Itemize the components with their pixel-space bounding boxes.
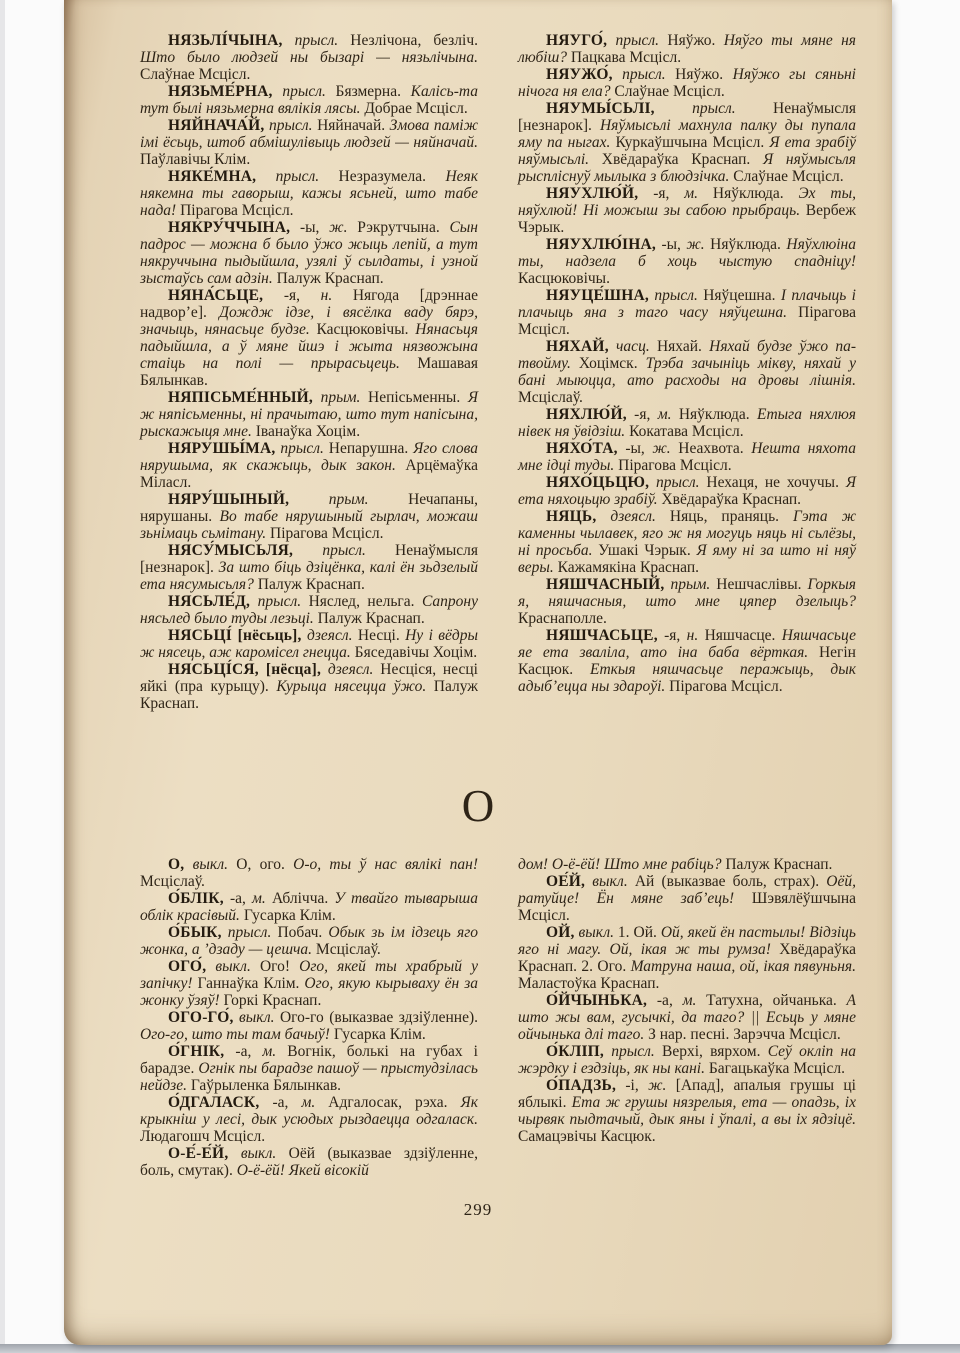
definition-or-source: -а,	[259, 1094, 288, 1111]
dictionary-entry: НЯСЬЦІ́ [нёсьць], дзеясл. Несці. Ну і вё…	[140, 627, 478, 661]
definition-or-source: Хвёдараўка Краснап.	[589, 151, 750, 168]
example-or-label-italic: прысл.	[256, 168, 319, 185]
dictionary-entry: О́БЛІК, -а, м. Аблічча. У твайго тыварыш…	[140, 890, 478, 924]
definition-or-source: З нар. песні. Зарэчча Мсцісл.	[644, 1026, 841, 1043]
headword: О́ЙЧЫНЬКА,	[546, 992, 647, 1009]
definition-or-source: Краснаполле.	[518, 610, 607, 627]
definition-or-source: Палуж Краснап.	[273, 270, 384, 287]
dictionary-entry: О-Е́-Е́Й, выкл. Оёй (выказвае здзіўленне…	[140, 1145, 478, 1179]
example-or-label-italic: прысл.	[250, 593, 301, 610]
definition-or-source: Нешчаслівы.	[710, 576, 801, 593]
definition-or-source: Няхай.	[650, 338, 702, 355]
example-or-label-italic: Курыца нясецца ўжо.	[269, 678, 426, 695]
dictionary-entry: НЯУЖО́, прысл. Няўжо. Няўжо гы сяньні ні…	[518, 66, 856, 100]
definition-or-source: Няўклюда.	[698, 185, 784, 202]
headword: НЯЦЬ,	[546, 508, 596, 525]
definition-or-source: Нехаця, не хочучы.	[700, 474, 839, 491]
headword: НЯЙНАЧА́Й,	[168, 117, 265, 134]
example-or-label-italic: прысл.	[655, 100, 736, 117]
headword: НЯУЖО́,	[546, 66, 613, 83]
example-or-label-italic: прысл.	[604, 1043, 655, 1060]
example-or-label-italic: выкл.	[575, 924, 614, 941]
dictionary-entry: НЯУГО́, прысл. Няўжо. Няўго ты мяне ня л…	[518, 32, 856, 66]
dictionary-entry: НЯСЬЛЕ́Д, прысл. Няслед, нельга. Сапрону…	[140, 593, 478, 627]
dictionary-entry: НЯЗЬМЕ́РНА, прысл. Бязмерна. Калісь-та т…	[140, 83, 478, 117]
dictionary-entry: НЯШЧАСНЫЙ, прым. Нешчаслівы. Горкыя я, н…	[518, 576, 856, 627]
dictionary-entry: ОЕ́Й, выкл. Ай (выказвае боль, страх). О…	[518, 873, 856, 924]
dictionary-entry: НЯХО́ЦЬЦЮ, прысл. Нехаця, не хочучы. Я е…	[518, 474, 856, 508]
headword: НЯХО́ТА,	[546, 440, 618, 457]
example-or-label-italic: часц.	[609, 338, 650, 355]
definition-or-source: Татухна, ойчанька.	[696, 992, 836, 1009]
headword: О́ПАДЗЬ,	[546, 1077, 616, 1094]
definition-or-source: Хоцімск.	[571, 355, 638, 372]
headword: НЯУЦЕ́ШНА,	[546, 287, 649, 304]
example-or-label-italic: м.	[669, 185, 698, 202]
definition-or-source: -ы,	[290, 219, 319, 236]
definition-or-source: Іванаўка Хоцім.	[252, 423, 360, 440]
dictionary-column-bottom-right: дом! О-ё-ёй! Што мне рабіць? Палуж Красн…	[518, 856, 856, 1145]
dictionary-entry: НЯНА́СЬЦЕ, -я, н. Нягода [дрэннае надвор…	[140, 287, 478, 389]
example-or-label-italic: прысл.	[649, 474, 699, 491]
definition-or-source: Несці.	[352, 627, 399, 644]
example-or-label-italic: Ета ж грушы нязрелыя, ета — опадзь, іх ч…	[518, 1094, 856, 1128]
example-or-label-italic: Матруна наша, ой, ікая пявуньня.	[626, 958, 856, 975]
definition-or-source: Касцюковічы.	[518, 270, 610, 287]
headword: НЯХЛЮ́Й,	[546, 406, 627, 423]
dictionary-entry: О́ПАДЗЬ, -і, ж. [Апад], апалыя грушы ці …	[518, 1077, 856, 1145]
headword: НЯСЬЦІ́ [нёсьць],	[168, 627, 302, 644]
definition-or-source: Няць, праняць.	[656, 508, 779, 525]
example-or-label-italic: м.	[673, 992, 697, 1009]
dictionary-entry: НЯУЦЕ́ШНА, прысл. Няўцешна. І плачыць і …	[518, 287, 856, 338]
headword: НЯШЧАСЬЦЕ,	[546, 627, 658, 644]
definition-or-source: Палуж Краснап.	[314, 610, 425, 627]
definition-or-source: Незлічона, безліч.	[338, 32, 478, 49]
headword: О́ГНІК,	[168, 1043, 224, 1060]
definition-or-source: Ай (выказвае боль, страх).	[628, 873, 819, 890]
dictionary-entry: НЯКЕ́МНА, прысл. Незразумела. Неяк някем…	[140, 168, 478, 219]
example-or-label-italic: выкл.	[206, 958, 251, 975]
definition-or-source: Неахвота.	[671, 440, 744, 457]
definition-or-source: Самацэвічы Касцюк.	[518, 1128, 656, 1145]
definition-or-source: -і,	[616, 1077, 639, 1094]
definition-or-source: -ы,	[618, 440, 645, 457]
definition-or-source: Ого!	[251, 958, 290, 975]
example-or-label-italic: прысл.	[273, 83, 326, 100]
example-or-label-italic: прысл.	[222, 924, 272, 941]
definition-or-source: Паўлавічы Клім.	[140, 151, 250, 168]
example-or-label-italic: ж.	[645, 440, 671, 457]
headword: НЯЗЬМЕ́РНА,	[168, 83, 273, 100]
headword: НЯКЕ́МНА,	[168, 168, 256, 185]
example-or-label-italic: выкл.	[228, 1145, 276, 1162]
headword: НЯСЬЛЕ́Д,	[168, 593, 250, 610]
dictionary-entry: НЯРУ́ШЫНЫЙ, прым. Нечапаны, нярушаны. Во…	[140, 491, 478, 542]
definition-or-source: Няйначай.	[313, 117, 386, 134]
example-or-label-italic: О-ё-ёй! Якей вісокій	[233, 1162, 369, 1179]
example-or-label-italic: прым.	[289, 491, 368, 508]
definition-or-source: Кокатава Мсцісл.	[625, 423, 743, 440]
example-or-label-italic: прым.	[313, 389, 360, 406]
section-letter-heading: О	[64, 783, 892, 829]
definition-or-source: -а,	[224, 1043, 251, 1060]
example-or-label-italic: н.	[300, 287, 332, 304]
definition-or-source: -я,	[263, 287, 300, 304]
definition-or-source: Пірагова Мсцісл.	[614, 457, 731, 474]
example-or-label-italic: н.	[680, 627, 698, 644]
headword: О́ДГАЛАСК,	[168, 1094, 259, 1111]
headword: НЯПІСЬМЕ́ННЫЙ,	[168, 389, 313, 406]
example-or-label-italic: Ого-го, што ты там бачыў!	[140, 1026, 330, 1043]
definition-or-source: Верхі, вярхом.	[655, 1043, 761, 1060]
definition-or-source: Слаўнае Мсцісл.	[729, 168, 843, 185]
dictionary-entry: НЯХЛЮ́Й, -я, м. Няўклюда. Етыга няхлюя н…	[518, 406, 856, 440]
definition-or-source: -ы,	[656, 236, 681, 253]
headword: НЯСЬЦІ́СЯ, [нёсца],	[168, 661, 321, 678]
definition-or-source: -а,	[647, 992, 673, 1009]
headword: НЯРУ́ШЫНЫЙ,	[168, 491, 289, 508]
definition-or-source: Мсціслаў.	[140, 873, 205, 890]
definition-or-source: Палуж Краснап.	[721, 856, 832, 873]
example-or-label-italic: выкл.	[585, 873, 628, 890]
definition-or-source: Багацькаўка Мсцісл.	[705, 1060, 845, 1077]
example-or-label-italic: прысл.	[613, 66, 666, 83]
dictionary-entry: НЯЗЬЛІ́ЧЫНА, прысл. Незлічона, безліч. Ш…	[140, 32, 478, 83]
headword: НЯУХЛЮ́Й,	[546, 185, 638, 202]
definition-or-source: Бязмерна.	[326, 83, 401, 100]
scanner-bed-strip	[0, 1344, 960, 1353]
definition-or-source: Людагошч Мсцісл.	[140, 1128, 265, 1145]
definition-or-source: Няўклюда.	[705, 236, 781, 253]
example-or-label-italic: выкл.	[234, 1009, 275, 1026]
example-or-label-italic: м.	[251, 1043, 276, 1060]
definition-or-source: 1. Ой.	[614, 924, 657, 941]
dictionary-entry: О́БЫК, прысл. Побач. Обык зь ім ідзець я…	[140, 924, 478, 958]
definition-or-source: Пацкава Мсцісл.	[567, 49, 681, 66]
dictionary-entry: О, выкл. О, ого. О-о, ты ў нас вялікі па…	[140, 856, 478, 890]
dictionary-entry: НЯКРУ́ЧЧЫНА, -ы, ж. Рэкрутчына. Сын падр…	[140, 219, 478, 287]
headword: О́КЛІП,	[546, 1043, 604, 1060]
headword: НЯУГО́,	[546, 32, 607, 49]
definition-or-source: Мсціслаў.	[518, 389, 583, 406]
definition-or-source: Палуж Краснап.	[254, 576, 365, 593]
example-or-label-italic: прым.	[664, 576, 710, 593]
definition-or-source: Пірагова Мсцісл.	[266, 525, 383, 542]
dictionary-entry: НЯЙНАЧА́Й, прысл. Няйначай. Змова паміж …	[140, 117, 478, 168]
headword: О́БЛІК,	[168, 890, 224, 907]
dictionary-entry: О́КЛІП, прысл. Верхі, вярхом. Сеў окліп …	[518, 1043, 856, 1077]
definition-or-source: -я,	[638, 185, 669, 202]
definition-or-source: Касцюковічы.	[310, 321, 409, 338]
headword: НЯНА́СЬЦЕ,	[168, 287, 263, 304]
example-or-label-italic: прысл.	[283, 32, 339, 49]
definition-or-source: Няўцешна.	[698, 287, 776, 304]
headword: НЯУМЫ́СЬЛІ,	[546, 100, 655, 117]
dictionary-column-top-left: НЯЗЬЛІ́ЧЫНА, прысл. Незлічона, безліч. Ш…	[140, 32, 478, 712]
dictionary-entry: НЯСУ́МЫСЬЛЯ, прысл. Ненаўмысля [незнарок…	[140, 542, 478, 593]
headword: НЯЗЬЛІ́ЧЫНА,	[168, 32, 283, 49]
dictionary-entry-continuation: дом! О-ё-ёй! Што мне рабіць? Палуж Красн…	[518, 856, 856, 873]
definition-or-source: Бяседавічы Хоцім.	[351, 644, 477, 661]
example-or-label-italic: Што было людзей ны бызарі — нязьлічына.	[140, 49, 478, 66]
definition-or-source: Слаўнае Мсцісл.	[611, 83, 725, 100]
dictionary-entry: НЯСЬЦІ́СЯ, [нёсца], дзеясл. Несціся, нес…	[140, 661, 478, 712]
headword: НЯКРУ́ЧЧЫНА,	[168, 219, 290, 236]
example-or-label-italic: прысл.	[275, 440, 323, 457]
example-or-label-italic: м.	[650, 406, 671, 423]
dictionary-entry: НЯУХЛЮ́Й, -я, м. Няўклюда. Эх ты, няўхлю…	[518, 185, 856, 236]
definition-or-source: -а,	[224, 890, 246, 907]
example-or-label-italic: ж.	[319, 219, 347, 236]
example-or-label-italic: выкл.	[184, 856, 228, 873]
definition-or-source: Аблічча.	[266, 890, 328, 907]
definition-or-source: Маластоўка Краснап.	[518, 975, 659, 992]
example-or-label-italic: О-о, ты ў нас вялікі пан!	[285, 856, 478, 873]
definition-or-source: Гусарка Клім.	[330, 1026, 426, 1043]
definition-or-source: О, ого.	[228, 856, 285, 873]
definition-or-source: Горкі Краснап.	[220, 992, 322, 1009]
dictionary-entry: НЯЦЬ, дзеясл. Няць, праняць. Гэта ж каме…	[518, 508, 856, 576]
dictionary-entry: О́ГНІК, -а, м. Вогнік, болькі на губах і…	[140, 1043, 478, 1094]
example-or-label-italic: прысл.	[607, 32, 659, 49]
definition-or-source: Побач.	[271, 924, 322, 941]
example-or-label-italic: дзеясл.	[302, 627, 353, 644]
scanner-edge-strip	[0, 0, 5, 1353]
definition-or-source: Няслед, нельга.	[301, 593, 414, 610]
headword: НЯШЧАСНЫЙ,	[546, 576, 664, 593]
headword: НЯХАЙ,	[546, 338, 609, 355]
definition-or-source: Куркаўшчына Мсцісл.	[610, 134, 764, 151]
dictionary-entry: НЯУМЫ́СЬЛІ, прысл. Ненаўмысля [незнарок]…	[518, 100, 856, 185]
definition-or-source: Ганнаўка Клім.	[193, 975, 300, 992]
definition-or-source: Хвёдараўка Краснап.	[658, 491, 801, 508]
definition-or-source: Пірагова Мсцісл.	[176, 202, 293, 219]
definition-or-source: Кажамякіна Краснап.	[554, 559, 699, 576]
example-or-label-italic: прысл.	[649, 287, 698, 304]
definition-or-source: Ушакі Чэрык.	[592, 542, 690, 559]
definition-or-source: -я,	[627, 406, 651, 423]
headword: НЯХО́ЦЬЦЮ,	[546, 474, 649, 491]
headword: ОЙ,	[546, 924, 575, 941]
definition-or-source: Адгалосак, рэха.	[315, 1094, 447, 1111]
dictionary-column-top-right: НЯУГО́, прысл. Няўжо. Няўго ты мяне ня л…	[518, 32, 856, 695]
dictionary-entry: ОЙ, выкл. 1. Ой. Ой, якей ён пастылы! Ві…	[518, 924, 856, 992]
headword: О́БЫК,	[168, 924, 222, 941]
example-or-label-italic: дзеясл.	[596, 508, 655, 525]
definition-or-source: Гаўрыленка Бялынкав.	[187, 1077, 341, 1094]
dictionary-entry: НЯПІСЬМЕ́ННЫЙ, прым. Непісьменны. Я ж ня…	[140, 389, 478, 440]
headword: НЯРУШЫ́МА,	[168, 440, 275, 457]
example-or-label-italic: м.	[288, 1094, 315, 1111]
headword: О-Е́-Е́Й,	[168, 1145, 228, 1162]
dictionary-column-bottom-left: О, выкл. О, ого. О-о, ты ў нас вялікі па…	[140, 856, 478, 1179]
example-or-label-italic: прысл.	[265, 117, 313, 134]
dictionary-entry: НЯРУШЫ́МА, прысл. Непарушна. Яго слова н…	[140, 440, 478, 491]
definition-or-source: -я,	[658, 627, 681, 644]
definition-or-source: Мсціслаў.	[312, 941, 381, 958]
dictionary-entry: ОГО́, выкл. Ого! Ого, якей ты храбрый у …	[140, 958, 478, 1009]
definition-or-source: Непісьменны.	[360, 389, 460, 406]
definition-or-source: Гусарка Клім.	[240, 907, 336, 924]
book-page: НЯЗЬЛІ́ЧЫНА, прысл. Незлічона, безліч. Ш…	[64, 0, 892, 1345]
dictionary-entry: О́ЙЧЫНЬКА, -а, м. Татухна, ойчанька. А ш…	[518, 992, 856, 1043]
definition-or-source: Рэкрутчына.	[347, 219, 439, 236]
dictionary-entry: НЯХО́ТА, -ы, ж. Неахвота. Нешта няхота м…	[518, 440, 856, 474]
example-or-label-italic: дзеясл.	[321, 661, 373, 678]
dictionary-entry: НЯШЧАСЬЦЕ, -я, н. Няшчасце. Няшчасьце яе…	[518, 627, 856, 695]
headword: ОГО-ГО́,	[168, 1009, 234, 1026]
definition-or-source: Добрае Мсцісл.	[360, 100, 467, 117]
definition-or-source: Няўжо.	[666, 66, 723, 83]
example-or-label-italic: ж.	[681, 236, 705, 253]
definition-or-source: Няўклюда.	[671, 406, 749, 423]
page-number: 299	[64, 1200, 892, 1220]
definition-or-source: Ого-го (выказвае здзіўленне).	[274, 1009, 478, 1026]
definition-or-source: Няўжо.	[659, 32, 715, 49]
example-or-label-italic: прысл.	[293, 542, 366, 559]
headword: НЯСУ́МЫСЬЛЯ,	[168, 542, 293, 559]
dictionary-entry: О́ДГАЛАСК, -а, м. Адгалосак, рэха. Як кр…	[140, 1094, 478, 1145]
example-or-label-italic: м.	[246, 890, 266, 907]
example-or-label-italic: ж.	[639, 1077, 667, 1094]
headword: О,	[168, 856, 184, 873]
definition-or-source: Незразумела.	[319, 168, 426, 185]
headword: ОГО́,	[168, 958, 206, 975]
dictionary-entry: НЯХАЙ, часц. Няхай. Няхай будзе ўжо па-т…	[518, 338, 856, 406]
definition-or-source: Няшчасце.	[698, 627, 775, 644]
definition-or-source: Пірагова Мсцісл.	[665, 678, 782, 695]
definition-or-source: Слаўнае Мсцісл.	[140, 66, 250, 83]
headword: ОЕ́Й,	[546, 873, 585, 890]
headword: НЯУХЛЮ́ІНА,	[546, 236, 656, 253]
dictionary-entry: ОГО-ГО́, выкл. Ого-го (выказвае здзіўлен…	[140, 1009, 478, 1043]
example-or-label-italic: дом! О-ё-ёй! Што мне рабіць?	[518, 856, 721, 873]
dictionary-entry: НЯУХЛЮ́ІНА, -ы, ж. Няўклюда. Няўхлюіна т…	[518, 236, 856, 287]
definition-or-source: Непарушна.	[324, 440, 408, 457]
